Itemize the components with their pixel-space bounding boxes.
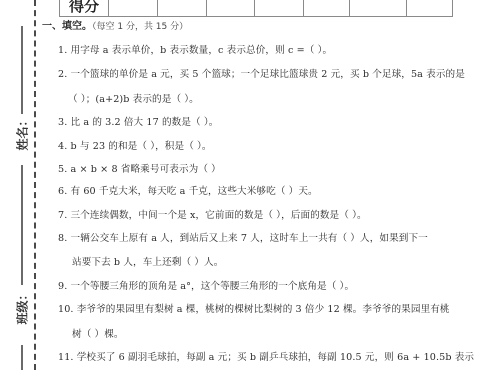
question-3[interactable]: 3. 比 a 的 3.2 倍大 17 的数是（ ）。 [58,114,218,128]
class-label: 班级： [14,297,31,325]
section-note: （每空 1 分，共 15 分） [92,22,188,32]
score-header-cell: 得分 [60,0,109,17]
margin-rule-bottom [21,345,23,370]
score-cell[interactable] [304,0,350,17]
question-4[interactable]: 4. b 与 23 的和是（ ），积是（ ）。 [58,138,212,152]
question-9[interactable]: 9. 一个等腰三角形的顶角是 a°，这个等腰三角形的一个底角是（ ）。 [58,278,354,292]
question-10-continuation[interactable]: 树（ ）棵。 [72,326,124,340]
margin-rule-middle [21,165,23,285]
question-2: 2. 一个篮球的单价是 a 元，买 5 个篮球；一个足球比篮球贵 2 元，买 b… [58,66,465,80]
score-cell[interactable] [158,0,207,17]
question-11: 11. 学校买了 6 副羽毛球拍，每副 a 元；买 b 副乒乓球拍，每副 10.… [58,349,474,363]
score-cell[interactable] [255,0,304,17]
score-cell[interactable] [109,0,158,17]
question-6[interactable]: 6. 有 60 千克大米，每天吃 a 千克，这些大米够吃（ ）天。 [58,183,318,197]
name-label: 姓名： [14,123,31,151]
question-7[interactable]: 7. 三个连续偶数，中间一个是 x，它前面的数是（ ），后面的数是（ ）。 [58,207,367,221]
question-5[interactable]: 5. a × b × 8 省略乘号可表示为（ ） [58,161,221,175]
score-cell[interactable] [407,0,453,17]
score-cell[interactable] [207,0,255,17]
margin-rule-top [21,26,23,114]
score-cell[interactable] [350,0,407,17]
question-8-continuation[interactable]: 站要下去 b 人，车上还剩（ ）人。 [72,254,223,268]
section-title: 一、填空。 [42,21,92,32]
question-1: 1. 用字母 a 表示单价，b 表示数量，c 表示总价，则 c =（ ）。 [58,42,332,56]
section-heading: 一、填空。（每空 1 分，共 15 分） [42,17,188,32]
score-table: 得分 [59,0,453,17]
question-2-blanks[interactable]: （ ）；(a+2)b 表示的是（ ）。 [68,91,199,105]
cut-line [34,0,36,370]
question-8[interactable]: 8. 一辆公交车上原有 a 人，到站后又上来 7 人，这时车上一共有（ ）人，如… [58,230,428,244]
question-10: 10. 李爷爷的果园里有梨树 a 棵，桃树的棵树比梨树的 3 倍少 12 棵。李… [58,301,450,315]
